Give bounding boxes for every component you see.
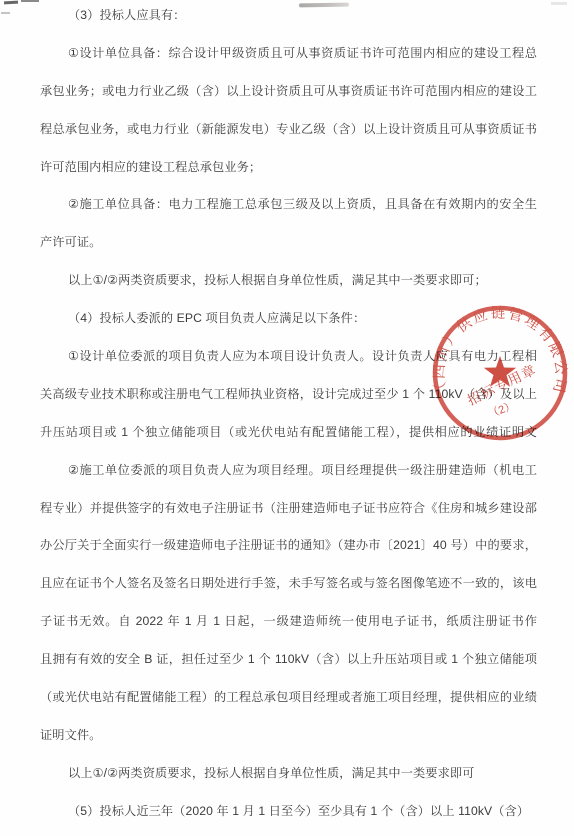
text-line: （5）投标人近三年（2020 年 1 月 1 日至今）至少具有 1 个（含）以上… [40,793,537,831]
text-line: （4）投标人委派的 EPC 项目负责人应满足以下条件： [40,300,537,338]
text-line: 程总承包业务，或电力行业（新能源发电）专业乙级（含）以上设计资质且可从事资质证书 [40,111,537,149]
scan-artifact [4,1,18,5]
scan-artifact [1,12,10,14]
document-page: （3）投标人应具有： ①设计单位具备：综合设计甲级资质且可从事资质证书许可范围内… [0,0,574,836]
text-line: 产许可证。 [40,224,537,262]
text-line: 子证书无效。自 2022 年 1 月 1 日起，一级建造师统一使用电子证书，纸质… [40,603,537,641]
text-line: 以上①/②两类资质要求，投标人根据自身单位性质，满足其中一类要求即可； [40,262,537,300]
text-line: 升压站项目或 1 个独立储能项目（或光伏电站有配置储能工程），提供相应的业绩证明… [40,414,537,452]
text-line: 关高级专业技术职称或注册电气工程师执业资格，设计完成过至少 1 个 110kV（… [40,376,537,414]
text-block: （3）投标人应具有： ①设计单位具备：综合设计甲级资质且可从事资质证书许可范围内… [40,0,537,831]
text-line: 以上①/②两类资质要求，投标人根据自身单位性质，满足其中一类要求即可 [40,755,537,793]
text-line: ①设计单位具备：综合设计甲级资质且可从事资质证书许可范围内相应的建设工程总 [40,35,537,73]
text-line: （或光伏电站有配置储能工程）的工程总承包项目经理或者施工项目经理，提供相应的业绩 [40,679,537,717]
text-line: 且应在证书个人签名及签名日期处进行手签，未手写签名或与签名图像笔迹不一致的，该电 [40,565,537,603]
text-line: 且拥有有效的安全 B 证，担任过至少 1 个 110kV（含）以上升压站项目或 … [40,641,537,679]
text-line: 许可范围内相应的建设工程总承包业务； [40,149,537,187]
scan-artifact [551,2,567,5]
scan-artifact [21,0,39,2]
text-line: ②施工单位具备：电力工程施工总承包三级及以上资质，且具备在有效期内的安全生 [40,186,537,224]
text-line: 承包业务；或电力行业乙级（含）以上设计资质且可从事资质证书许可范围内相应的建设工 [40,73,537,111]
text-line: ②施工单位委派的项目负责人应为项目经理。项目经理提供一级注册建造师（机电工 [40,452,537,490]
text-line: 办公厅关于全面实行一级建造师电子注册证书的通知》（建办市〔2021〕40 号）中… [40,527,537,565]
text-line: ①设计单位委派的项目负责人应为本项目设计负责人。设计负责人应具有电力工程相 [40,338,537,376]
text-line: 程专业）并提供签字的有效电子注册证书（注册建造师电子证书应符合《住房和城乡建设部 [40,490,537,528]
text-line: 证明文件。 [40,717,537,755]
text-line: （3）投标人应具有： [40,0,537,35]
